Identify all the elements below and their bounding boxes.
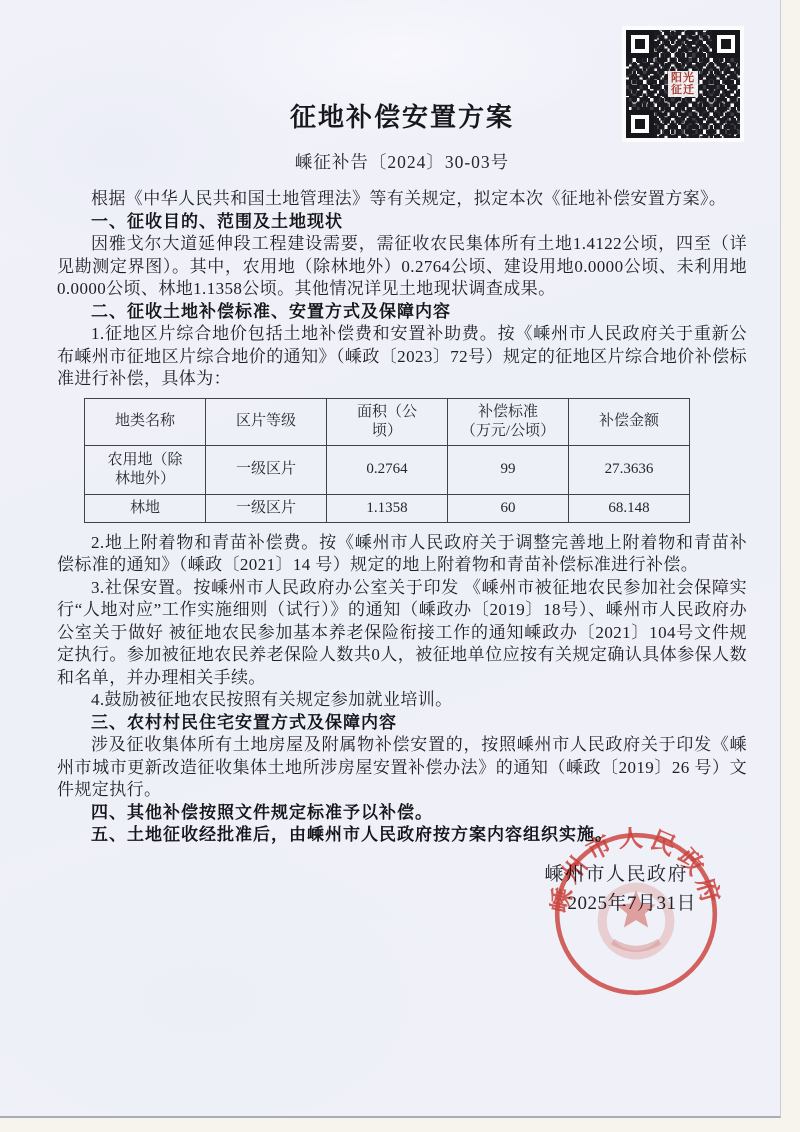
section-2-item-1: 1.征地区片综合地价包括土地补偿费和安置补助费。按《嵊州市人民政府关于重新公布嵊…: [57, 323, 747, 391]
document-number: 嵊征补告〔2024〕30-03号: [57, 149, 747, 174]
table-row: 农用地（除 林地外） 一级区片 0.2764 99 27.3636: [85, 445, 690, 494]
section-2-item-4: 4.鼓励被征地农民按照有关规定参加就业培训。: [57, 689, 747, 712]
section-3-heading: 三、农村村民住宅安置方式及保障内容: [57, 712, 747, 735]
cell-zone-grade: 一级区片: [206, 445, 327, 494]
col-header-standard: 补偿标准 （万元/公顷）: [448, 398, 569, 445]
table-row: 林地 一级区片 1.1358 60 68.148: [85, 494, 690, 522]
cell-zone-grade: 一级区片: [206, 494, 327, 522]
section-2-heading: 二、征收土地补偿标准、安置方式及保障内容: [57, 301, 747, 324]
cell-standard: 99: [448, 445, 569, 494]
signature-organization: 嵊州市人民政府: [57, 860, 747, 889]
table-header-row: 地类名称 区片等级 面积（公 顷） 补偿标准 （万元/公顷） 补偿金额: [85, 398, 690, 445]
paper-sheet: 阳光 征迁 征地补偿安置方案 嵊征补告〔2024〕30-03号 根据《中华人民共…: [0, 0, 781, 1118]
section-2-item-2: 2.地上附着物和青苗补偿费。按《嵊州市人民政府关于调整完善地上附着物和青苗补偿标…: [57, 532, 747, 577]
signature-block: 嵊州市人民政府 2025年7月31日: [57, 860, 747, 918]
section-2-item-3: 3.社保安置。按嵊州市人民政府办公室关于印发 《嵊州市被征地农民参加社会保障实行…: [57, 577, 747, 690]
page-title: 征地补偿安置方案: [57, 97, 747, 134]
section-1-paragraph: 因雅戈尔大道延伸段工程建设需要，需征收农民集体所有土地1.4122公顷，四至（详…: [57, 233, 747, 301]
signature-date: 2025年7月31日: [57, 889, 747, 918]
cell-land-type: 林地: [85, 494, 206, 522]
seal-emblem-base-icon: [612, 942, 659, 949]
compensation-table: 地类名称 区片等级 面积（公 顷） 补偿标准 （万元/公顷） 补偿金额 农用地（…: [84, 398, 690, 523]
compensation-table-header: 地类名称 区片等级 面积（公 顷） 补偿标准 （万元/公顷） 补偿金额: [85, 398, 690, 445]
col-header-area: 面积（公 顷）: [327, 398, 448, 445]
col-header-amount: 补偿金额: [569, 398, 690, 445]
section-1-heading: 一、征收目的、范围及土地现状: [57, 211, 747, 234]
section-5-heading: 五、土地征收经批准后，由嵊州市人民政府按方案内容组织实施。: [57, 824, 747, 847]
cell-standard: 60: [448, 494, 569, 522]
col-header-zone-grade: 区片等级: [206, 398, 327, 445]
cell-land-type: 农用地（除 林地外）: [85, 445, 206, 494]
section-3-paragraph: 涉及征收集体所有土地房屋及附属物补偿安置的，按照嵊州市人民政府关于印发《嵊州市城…: [57, 734, 747, 802]
intro-paragraph: 根据《中华人民共和国土地管理法》等有关规定，拟定本次《征地补偿安置方案》。: [57, 188, 747, 211]
cell-amount: 68.148: [569, 494, 690, 522]
scanned-document-page: { "document": { "title": "征地补偿安置方案", "do…: [0, 0, 800, 1132]
section-4-heading: 四、其他补偿按照文件规定标准予以补偿。: [57, 802, 747, 825]
col-header-land-type: 地类名称: [85, 398, 206, 445]
cell-area: 1.1358: [327, 494, 448, 522]
cell-area: 0.2764: [327, 445, 448, 494]
document-content: 征地补偿安置方案 嵊征补告〔2024〕30-03号 根据《中华人民共和国土地管理…: [57, 0, 747, 918]
cell-amount: 27.3636: [569, 445, 690, 494]
